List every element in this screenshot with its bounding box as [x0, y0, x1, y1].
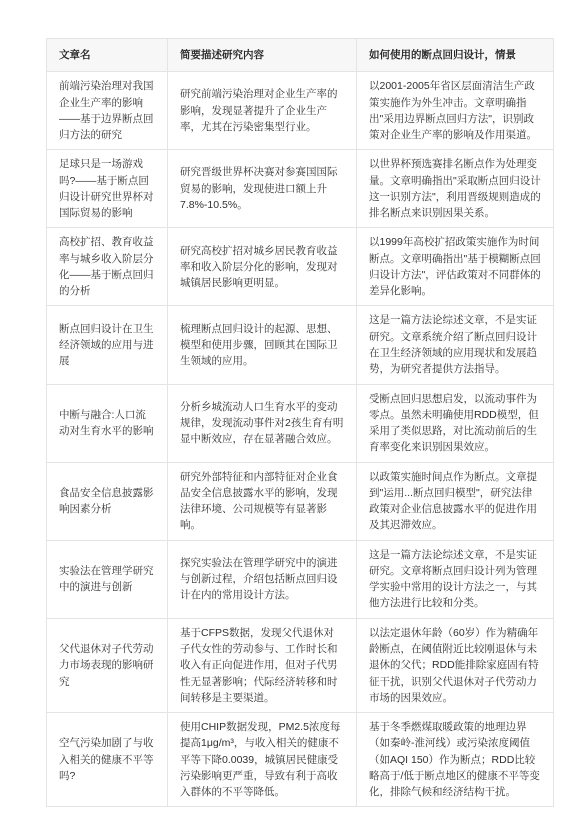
- header-rdd-usage: 如何使用的断点回归设计，情景: [357, 39, 554, 72]
- rdd-usage-cell: 这是一篇方法论综述文章，不是实证研究。文章系统介绍了断点回归设计在卫生经济领域的…: [357, 306, 554, 384]
- summary-cell: 分析乡城流动人口生育水平的变动规律，发现流动事件对2孩生育有明显中断效应，存在显…: [168, 384, 357, 462]
- article-title-cell: 断点回归设计在卫生经济领域的应用与进展: [47, 306, 168, 384]
- summary-cell: 研究高校扩招对城乡居民教育收益率和收入阶层分化的影响，发现对城镇居民影响更明显。: [168, 228, 357, 306]
- article-title-cell: 空气污染加剧了与收入相关的健康不平等吗?: [47, 713, 168, 807]
- table-row: 前端污染治理对我国企业生产率的影响——基于边界断点回归方法的研究 研究前端污染治…: [47, 72, 554, 150]
- summary-cell: 探究实验法在管理学研究中的演进与创新过程，介绍包括断点回归设计在内的常用设计方法…: [168, 540, 357, 618]
- summary-cell: 基于CFPS数据，发现父代退休对子代女性的劳动参与、工作时长和收入有正向促进作用…: [168, 618, 357, 712]
- table-row: 中断与融合:人口流动对生育水平的影响 分析乡城流动人口生育水平的变动规律，发现流…: [47, 384, 554, 462]
- rdd-usage-cell: 基于冬季燃煤取暖政策的地理边界（如秦岭-淮河线）或污染浓度阈值（如AQI 150…: [357, 713, 554, 807]
- article-title-cell: 前端污染治理对我国企业生产率的影响——基于边界断点回归方法的研究: [47, 72, 168, 150]
- table-header-row: 文章名 简要描述研究内容 如何使用的断点回归设计，情景: [47, 39, 554, 72]
- article-title-cell: 实验法在管理学研究中的演进与创新: [47, 540, 168, 618]
- table-row: 空气污染加剧了与收入相关的健康不平等吗? 使用CHIP数据发现，PM2.5浓度每…: [47, 713, 554, 807]
- summary-cell: 使用CHIP数据发现，PM2.5浓度每提高1μg/m³，与收入相关的健康不平等下…: [168, 713, 357, 807]
- article-title-cell: 高校扩招、教育收益率与城乡收入阶层分化——基于断点回归的分析: [47, 228, 168, 306]
- article-title-cell: 食品安全信息披露影响因素分析: [47, 462, 168, 540]
- header-research-summary: 简要描述研究内容: [168, 39, 357, 72]
- article-title-cell: 足球只是一场游戏吗?——基于断点回归设计研究世界杯对国际贸易的影响: [47, 150, 168, 228]
- rdd-usage-cell: 这是一篇方法论综述文章，不是实证研究。文章将断点回归设计列为管理学实验中常用的设…: [357, 540, 554, 618]
- rdd-usage-cell: 以政策实施时间点作为断点。文章提到"运用...断点回归模型"，研究法律政策对企业…: [357, 462, 554, 540]
- summary-cell: 研究晋级世界杯决赛对参赛国国际贸易的影响，发现使进口额上升7.8%-10.5%。: [168, 150, 357, 228]
- table-row: 实验法在管理学研究中的演进与创新 探究实验法在管理学研究中的演进与创新过程，介绍…: [47, 540, 554, 618]
- summary-cell: 研究前端污染治理对企业生产率的影响，发现显著提升了企业生产率，尤其在污染密集型行…: [168, 72, 357, 150]
- rdd-usage-cell: 以世界杯预选赛排名断点作为处理变量。文章明确指出"采取断点回归设计这一识别方法"…: [357, 150, 554, 228]
- table-row: 父代退休对子代劳动力市场表现的影响研究 基于CFPS数据，发现父代退休对子代女性…: [47, 618, 554, 712]
- rdd-usage-cell: 以1999年高校扩招政策实施作为时间断点。文章明确指出"基于模糊断点回归设计方法…: [357, 228, 554, 306]
- article-title-cell: 父代退休对子代劳动力市场表现的影响研究: [47, 618, 168, 712]
- rdd-usage-cell: 以2001-2005年省区层面清洁生产政策实施作为外生冲击。文章明确指出"采用边…: [357, 72, 554, 150]
- rdd-usage-cell: 受断点回归思想启发，以流动事件为零点。虽然未明确使用RDD模型，但采用了类似思路…: [357, 384, 554, 462]
- table-row: 足球只是一场游戏吗?——基于断点回归设计研究世界杯对国际贸易的影响 研究晋级世界…: [47, 150, 554, 228]
- rdd-usage-cell: 以法定退休年龄（60岁）作为精确年龄断点，在阈值附近比较刚退休与未退休的父代；R…: [357, 618, 554, 712]
- article-title-cell: 中断与融合:人口流动对生育水平的影响: [47, 384, 168, 462]
- summary-cell: 研究外部特征和内部特征对企业食品安全信息披露水平的影响，发现法律环境、公司规模等…: [168, 462, 357, 540]
- page-container: 文章名 简要描述研究内容 如何使用的断点回归设计，情景 前端污染治理对我国企业生…: [0, 0, 588, 819]
- rdd-articles-table: 文章名 简要描述研究内容 如何使用的断点回归设计，情景 前端污染治理对我国企业生…: [46, 38, 554, 807]
- header-article-name: 文章名: [47, 39, 168, 72]
- table-row: 高校扩招、教育收益率与城乡收入阶层分化——基于断点回归的分析 研究高校扩招对城乡…: [47, 228, 554, 306]
- table-row: 断点回归设计在卫生经济领域的应用与进展 梳理断点回归设计的起源、思想、模型和使用…: [47, 306, 554, 384]
- summary-cell: 梳理断点回归设计的起源、思想、模型和使用步骤，回顾其在国际卫生领域的应用。: [168, 306, 357, 384]
- table-row: 食品安全信息披露影响因素分析 研究外部特征和内部特征对企业食品安全信息披露水平的…: [47, 462, 554, 540]
